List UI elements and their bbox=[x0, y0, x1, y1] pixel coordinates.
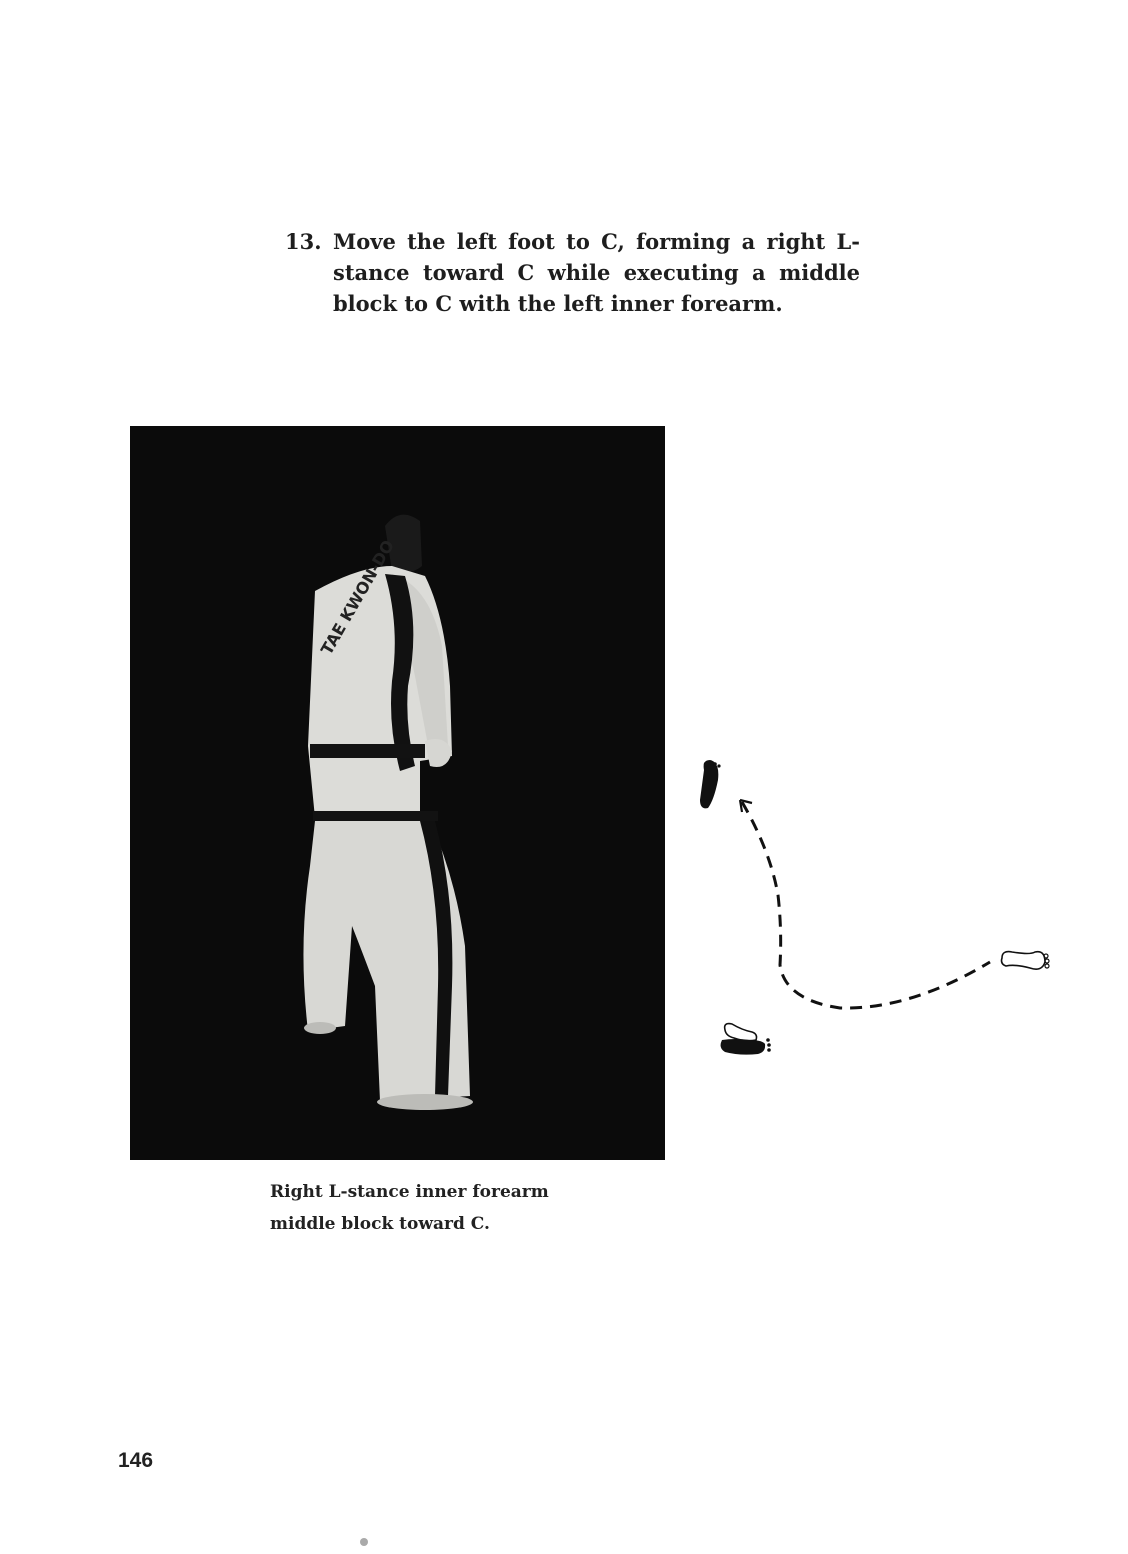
page-number: 146 bbox=[118, 1449, 153, 1473]
footwork-diagram bbox=[690, 740, 1070, 1070]
print-speck bbox=[360, 1538, 368, 1546]
caption-line-2: middle block toward C. bbox=[270, 1208, 549, 1240]
instruction-paragraph: 13. Move the left foot to C, forming a r… bbox=[285, 226, 860, 319]
technique-photo: TAE KWON-DO bbox=[130, 426, 665, 1160]
instruction-text: Move the left foot to C, forming a right… bbox=[333, 226, 860, 319]
footprint-pair-icon bbox=[721, 1024, 771, 1055]
photo-caption: Right L-stance inner forearm middle bloc… bbox=[270, 1176, 549, 1240]
martial-artist-figure: TAE KWON-DO bbox=[130, 426, 665, 1160]
caption-line-1: Right L-stance inner forearm bbox=[270, 1176, 549, 1208]
step-number: 13. bbox=[285, 226, 322, 257]
footprint-outline-icon bbox=[1002, 952, 1050, 970]
movement-path bbox=[742, 802, 990, 1008]
footprint-solid-icon bbox=[700, 760, 721, 808]
